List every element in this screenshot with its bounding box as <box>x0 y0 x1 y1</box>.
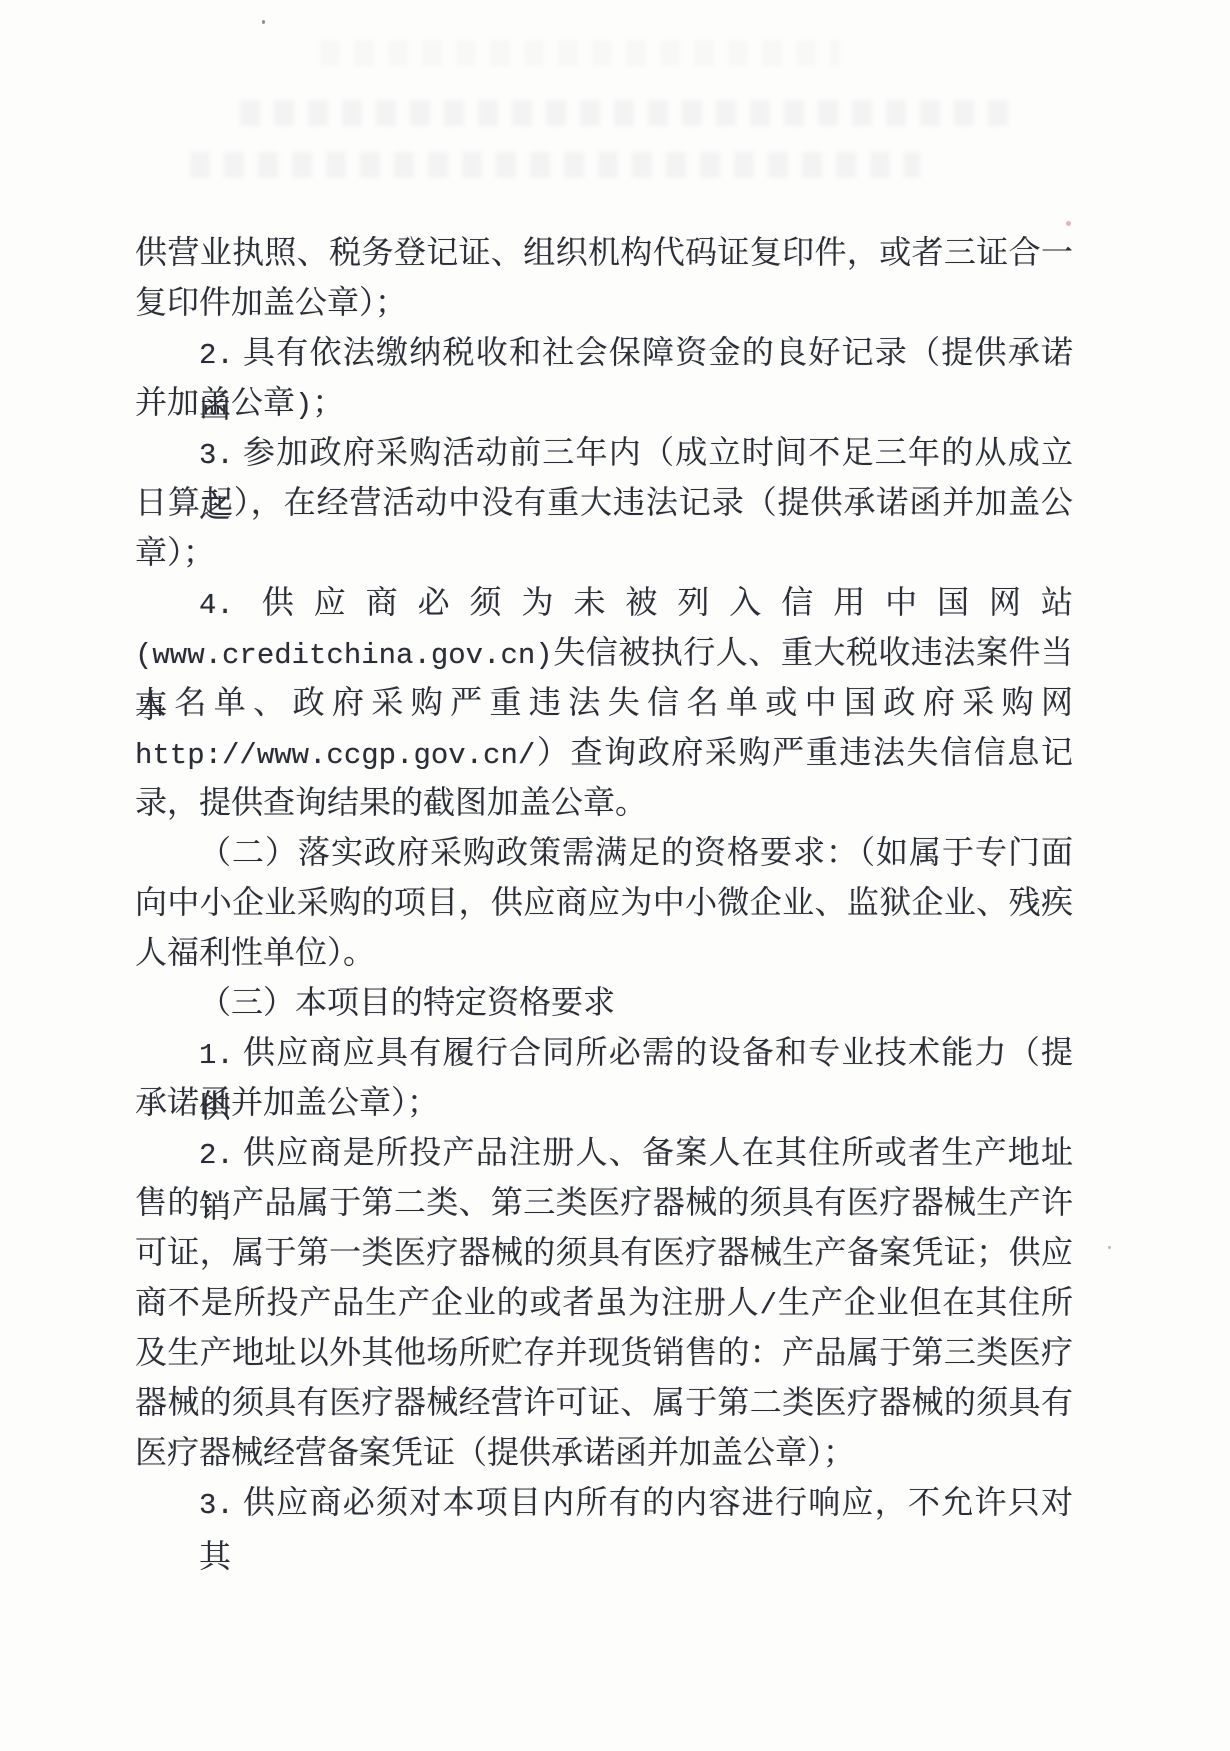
scan-ghost-artifact <box>320 40 840 66</box>
text-line: （二）落实政府采购政策需满足的资格要求：（如属于专门面 <box>135 827 1073 877</box>
text-line: 3. 参加政府采购活动前三年内（成立时间不足三年的从成立之 <box>135 427 1073 477</box>
text-line: 向中小企业采购的项目，供应商应为中小微企业、监狱企业、残疾 <box>135 877 1073 927</box>
text-line: 日算起），在经营活动中没有重大违法记录（提供承诺函并加盖公 <box>135 477 1073 527</box>
scan-ghost-artifact <box>190 152 920 178</box>
latin-run: 2. <box>199 1139 234 1172</box>
text-line: 及生产地址以外其他场所贮存并现货销售的：产品属于第三类医疗 <box>135 1327 1073 1377</box>
text-line: 可证，属于第一类医疗器械的须具有医疗器械生产备案凭证；供应 <box>135 1227 1073 1277</box>
text-line: 并加盖公章)； <box>135 377 1073 427</box>
text-line: 承诺函并加盖公章）； <box>135 1077 1073 1127</box>
text-line: 医疗器械经营备案凭证（提供承诺函并加盖公章）； <box>135 1427 1073 1477</box>
text-line: 复印件加盖公章）； <box>135 277 1073 327</box>
text-line: 章）； <box>135 527 1073 577</box>
latin-run: 3. <box>199 1489 234 1522</box>
text-line: 人名单、政府采购严重违法失信名单或中国政府采购网 <box>135 677 1073 727</box>
latin-run: 1. <box>199 1039 234 1072</box>
scan-speck <box>1108 1246 1111 1249</box>
text-block: 供营业执照、税务登记证、组织机构代码证复印件，或者三证合一复印件加盖公章）；2.… <box>135 227 1073 1527</box>
text-line: 人福利性单位）。 <box>135 927 1073 977</box>
scan-ghost-artifact <box>240 100 1020 126</box>
text-line: 4. 供应商必须为未被列入信用中国网站 <box>135 577 1073 627</box>
latin-run: 4. <box>199 589 234 622</box>
scan-speck <box>1066 221 1071 226</box>
latin-run: ) <box>295 389 312 422</box>
text-line: 录，提供查询结果的截图加盖公章。 <box>135 777 1073 827</box>
scanned-document-page: 供营业执照、税务登记证、组织机构代码证复印件，或者三证合一复印件加盖公章）；2.… <box>0 0 1230 1751</box>
latin-run: http://www.ccgp.gov.cn/ <box>135 739 535 772</box>
text-line: 供营业执照、税务登记证、组织机构代码证复印件，或者三证合一 <box>135 227 1073 277</box>
latin-run: 2. <box>199 339 234 372</box>
text-line: (www.creditchina.gov.cn)失信被执行人、重大税收违法案件当… <box>135 627 1073 677</box>
latin-run: / <box>760 1289 777 1322</box>
scan-speck <box>262 20 265 24</box>
text-line: 2. 供应商是所投产品注册人、备案人在其住所或者生产地址销 <box>135 1127 1073 1177</box>
latin-run: (www.creditchina.gov.cn) <box>135 639 553 672</box>
text-line: 2. 具有依法缴纳税收和社会保障资金的良好记录（提供承诺函 <box>135 327 1073 377</box>
text-line: 商不是所投产品生产企业的或者虽为注册人/生产企业但在其住所 <box>135 1277 1073 1327</box>
text-line: （三）本项目的特定资格要求 <box>135 977 1073 1027</box>
text-line: 3. 供应商必须对本项目内所有的内容进行响应，不允许只对其 <box>135 1477 1073 1527</box>
text-line: 1. 供应商应具有履行合同所必需的设备和专业技术能力（提供 <box>135 1027 1073 1077</box>
latin-run: 3. <box>199 439 234 472</box>
text-line: 器械的须具有医疗器械经营许可证、属于第二类医疗器械的须具有 <box>135 1377 1073 1427</box>
text-line: 售的：产品属于第二类、第三类医疗器械的须具有医疗器械生产许 <box>135 1177 1073 1227</box>
text-line: http://www.ccgp.gov.cn/）查询政府采购严重违法失信信息记 <box>135 727 1073 777</box>
